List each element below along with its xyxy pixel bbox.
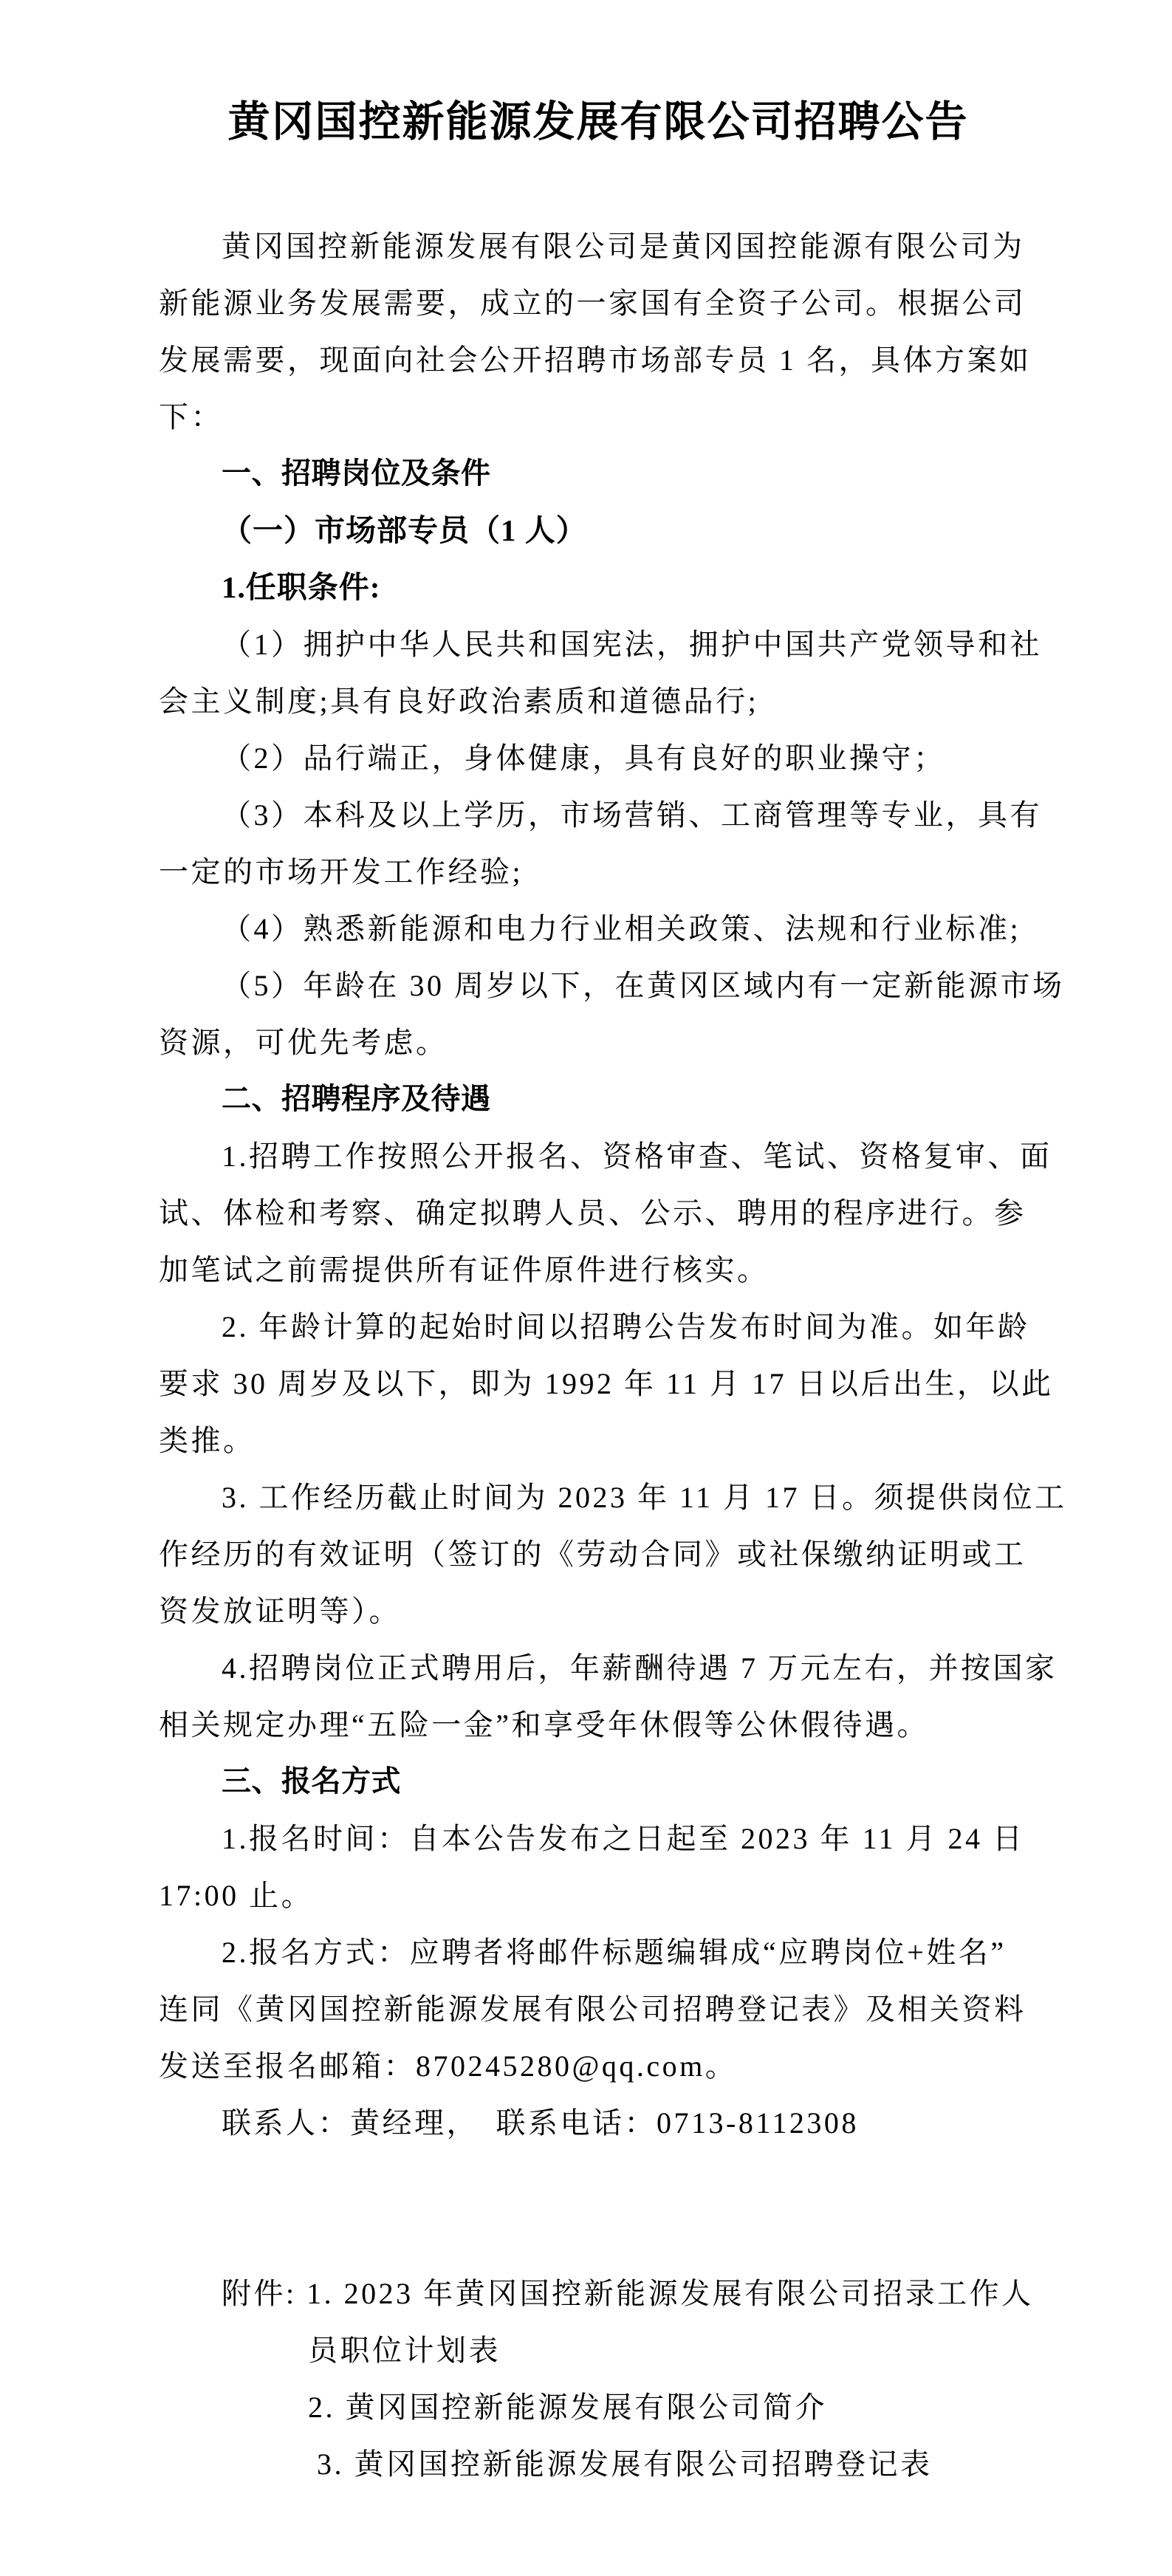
intro-line: 下：	[159, 388, 1038, 445]
condition-3-line: 一定的市场开发工作经验;	[159, 843, 1038, 900]
document-title: 黄冈国控新能源发展有限公司招聘公告	[159, 86, 1038, 160]
title-gap	[159, 160, 1038, 218]
attachment-line: 员职位计划表	[159, 2322, 1038, 2379]
condition-1-line: 会主义制度;具有良好政治素质和道德品行;	[159, 673, 1038, 730]
section2-paragraph1-line: 试、体检和考察、确定拟聘人员、公示、聘用的程序进行。参	[159, 1185, 1038, 1241]
attachment-line: 3. 黄冈国控新能源发展有限公司招聘登记表	[159, 2436, 1038, 2493]
document-body: 黄冈国控新能源发展有限公司招聘公告 黄冈国控新能源发展有限公司是黄冈国控能源有限…	[0, 0, 1172, 2493]
section2-heading: 二、招聘程序及待遇	[159, 1071, 1038, 1128]
section3-paragraph2-line: 发送至报名邮箱：870245280@qq.com。	[159, 2038, 1038, 2094]
condition-5-line: 资源，可优先考虑。	[159, 1014, 1038, 1071]
section3-paragraph1-line: 1.报名时间：自本公告发布之日起至 2023 年 11 月 24 日	[159, 1810, 1038, 1867]
section1-heading: 一、招聘岗位及条件	[159, 445, 1038, 502]
condition-5-line: （5）年龄在 30 周岁以下，在黄冈区域内有一定新能源市场	[159, 957, 1038, 1014]
section3-paragraph2-line: 连同《黄冈国控新能源发展有限公司招聘登记表》及相关资料	[159, 1981, 1038, 2038]
section2-paragraph1-line: 加笔试之前需提供所有证件原件进行核实。	[159, 1241, 1038, 1298]
condition-1-line: （1）拥护中华人民共和国宪法，拥护中国共产党领导和社	[159, 616, 1038, 673]
section2-paragraph4-line: 相关规定办理“五险一金”和享受年休假等公休假待遇。	[159, 1696, 1038, 1753]
section2-paragraph3-line: 作经历的有效证明（签订的《劳动合同》或社保缴纳证明或工	[159, 1526, 1038, 1583]
section3-heading: 三、报名方式	[159, 1753, 1038, 1810]
attachment-line: 附件: 1. 2023 年黄冈国控新能源发展有限公司招录工作人	[159, 2265, 1038, 2322]
section2-paragraph3-line: 资发放证明等）。	[159, 1583, 1038, 1640]
section2-paragraph3-line: 3. 工作经历截止时间为 2023 年 11 月 17 日。须提供岗位工	[159, 1469, 1038, 1526]
attachment-line: 2. 黄冈国控新能源发展有限公司简介	[159, 2379, 1038, 2436]
condition-4-line: （4）熟悉新能源和电力行业相关政策、法规和行业标准;	[159, 900, 1038, 957]
intro-line: 黄冈国控新能源发展有限公司是黄冈国控能源有限公司为	[159, 218, 1038, 275]
section2-paragraph2-line: 2. 年龄计算的起始时间以招聘公告发布时间为准。如年龄	[159, 1298, 1038, 1355]
document-page: 黄冈国控新能源发展有限公司招聘公告 黄冈国控新能源发展有限公司是黄冈国控能源有限…	[0, 0, 1172, 2576]
attachment-gap	[159, 2151, 1038, 2265]
section2-paragraph2-line: 要求 30 周岁及以下，即为 1992 年 11 月 17 日以后出生，以此	[159, 1355, 1038, 1412]
section2-paragraph1-line: 1.招聘工作按照公开报名、资格审查、笔试、资格复审、面	[159, 1128, 1038, 1185]
section1-post-heading: （一）市场部专员（1 人）	[159, 502, 1038, 559]
condition-3-line: （3）本科及以上学历，市场营销、工商管理等专业，具有	[159, 787, 1038, 843]
contact-line: 联系人：黄经理， 联系电话：0713-8112308	[159, 2094, 1038, 2151]
section2-paragraph2-line: 类推。	[159, 1412, 1038, 1469]
section1-cond-heading: 1.任职条件:	[159, 559, 1038, 616]
intro-line: 发展需要，现面向社会公开招聘市场部专员 1 名，具体方案如	[159, 332, 1038, 388]
section2-paragraph4-line: 4.招聘岗位正式聘用后，年薪酬待遇 7 万元左右，并按国家	[159, 1640, 1038, 1696]
section3-paragraph2-line: 2.报名方式：应聘者将邮件标题编辑成“应聘岗位+姓名”	[159, 1924, 1038, 1981]
condition-2-line: （2）品行端正，身体健康，具有良好的职业操守；	[159, 730, 1038, 787]
intro-line: 新能源业务发展需要，成立的一家国有全资子公司。根据公司	[159, 275, 1038, 332]
section3-paragraph1-line: 17:00 止。	[159, 1867, 1038, 1924]
